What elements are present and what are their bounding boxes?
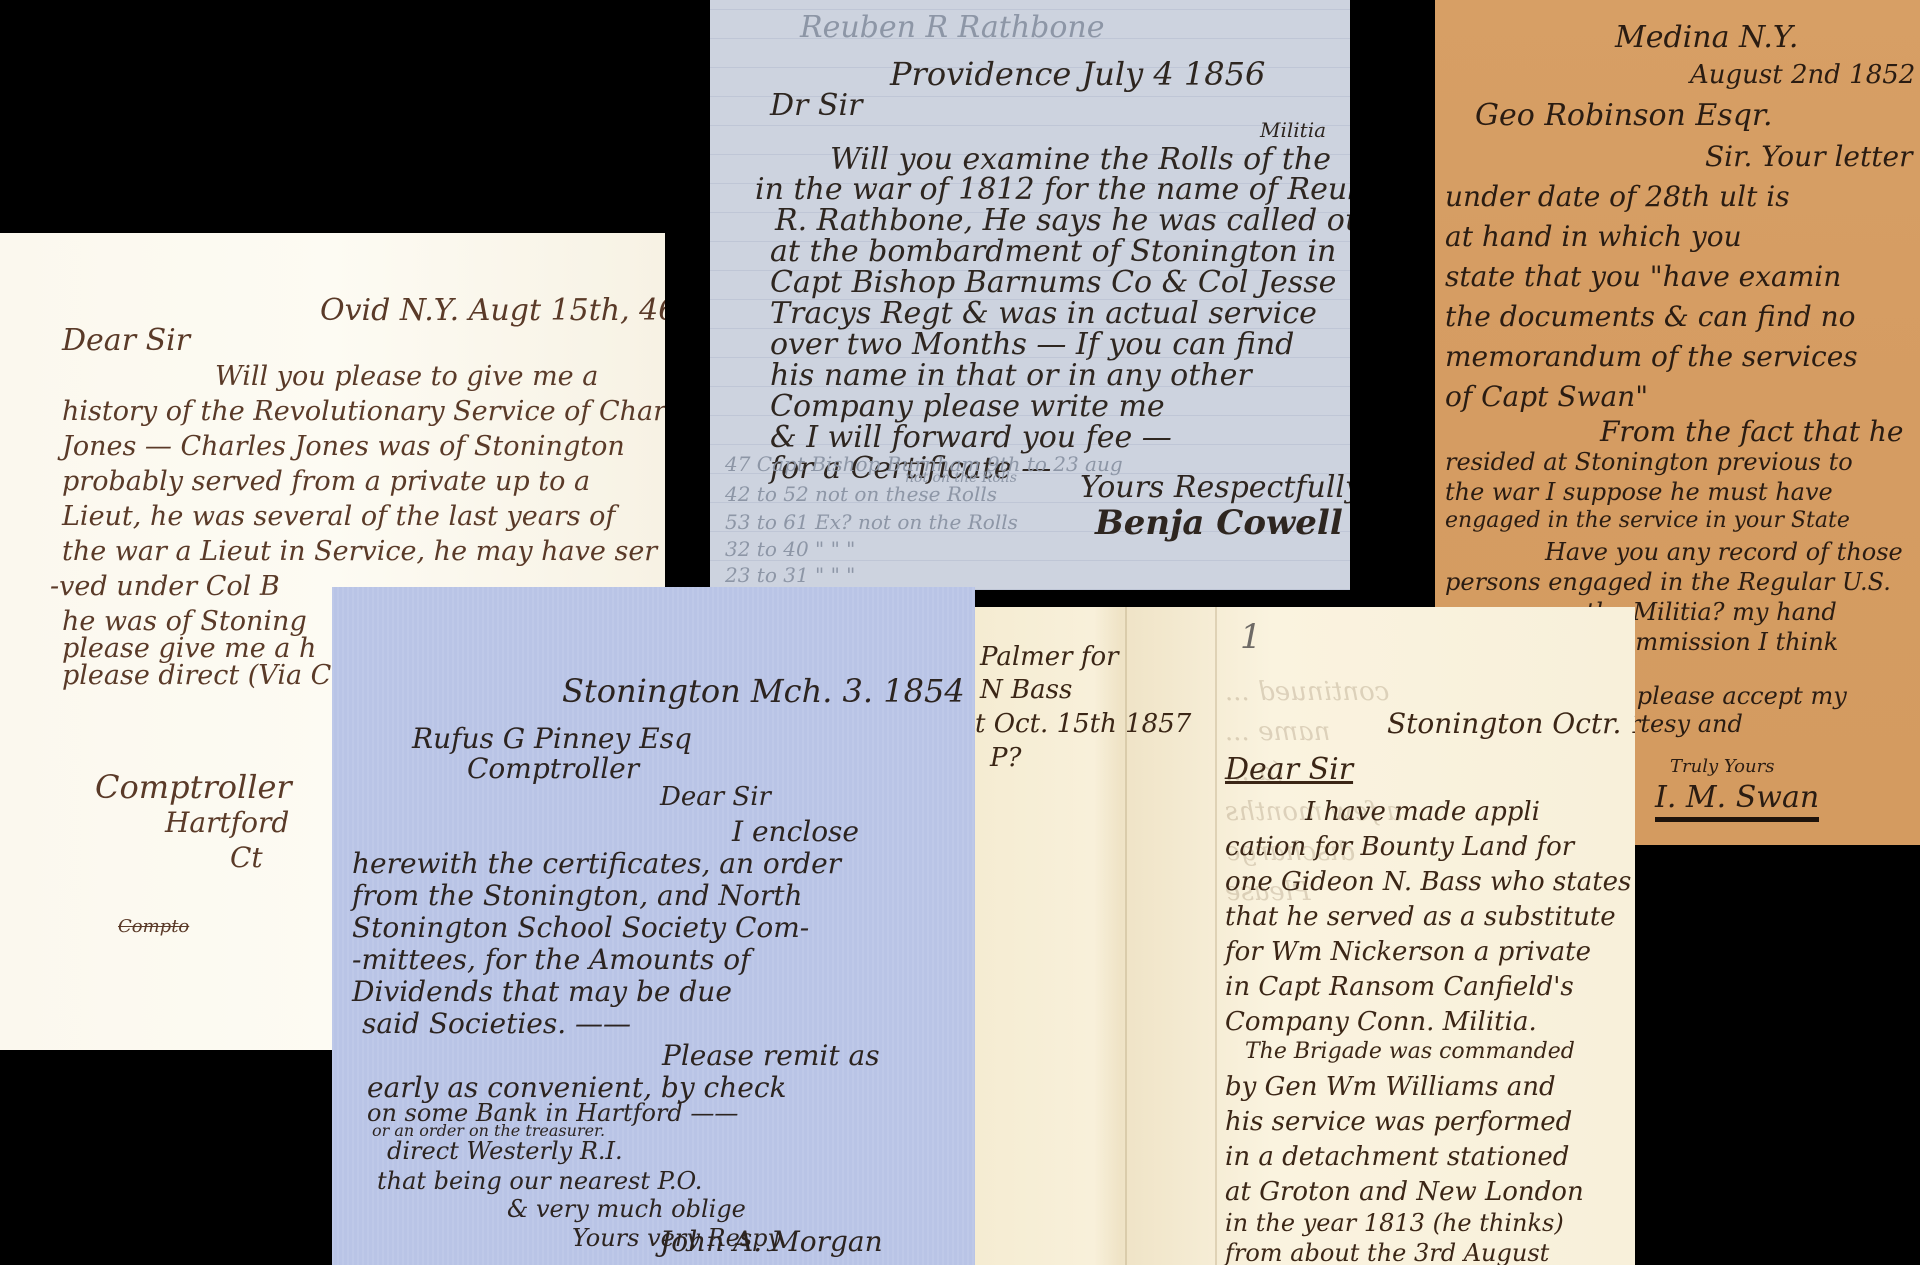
fold-line	[1215, 607, 1217, 1265]
body-line: herewith the certificates, an order	[352, 847, 841, 880]
place-date: Stonington Mch. 3. 1854	[562, 672, 965, 710]
salutation: Dr Sir	[770, 88, 862, 123]
left-fragment-line: t Oct. 15th 1857	[975, 709, 1191, 739]
salutation: Sir. Your letter	[1705, 140, 1912, 173]
left-fragment-line: P?	[990, 743, 1021, 773]
page-number: 1	[1240, 617, 1262, 657]
body-line: Will you please to give me a	[215, 361, 598, 392]
margin-note: Militia	[1260, 118, 1326, 142]
left-fragment-line: N Bass	[980, 675, 1072, 705]
address-line: Ct	[230, 841, 263, 874]
salutation: Dear Sir	[62, 323, 190, 358]
body-line: in a detachment stationed	[1225, 1142, 1569, 1172]
addressee: Geo Robinson Esqr.	[1475, 98, 1772, 133]
body-line: under date of 28th ult is	[1445, 180, 1790, 213]
place-date: Ovid N.Y. Augt 15th, 46	[320, 293, 665, 328]
address-line: Comptroller	[95, 768, 292, 806]
addressee: Rufus G Pinney Esq	[412, 722, 692, 755]
addressee: Comptroller	[467, 752, 639, 785]
body-line: one Gideon N. Bass who states	[1225, 867, 1631, 897]
bleed-through-text: continued ...	[1225, 677, 1389, 707]
body-line: -mittees, for the Amounts of	[352, 943, 750, 976]
address-line: Hartford	[165, 806, 289, 839]
body-line: Jones — Charles Jones was of Stonington	[62, 431, 625, 462]
place-date: Stonington Octr. 12/57	[1387, 707, 1635, 740]
pencil-note: 53 to 61 Ex? not on the Rolls	[725, 510, 1018, 534]
letter-stonington-1854: Stonington Mch. 3. 1854 Rufus G Pinney E…	[332, 587, 975, 1265]
place: Medina N.Y.	[1615, 20, 1798, 55]
bleed-through-text: name ...	[1225, 717, 1330, 747]
body-line: of Capt Swan"	[1445, 380, 1648, 413]
left-fragment-line: Palmer for	[980, 642, 1119, 672]
pencil-note: 42 to 52 not on these Rolls	[725, 482, 997, 506]
body-line: that being our nearest P.O.	[377, 1167, 702, 1195]
body-line: persons engaged in the Regular U.S.	[1445, 568, 1891, 596]
body-line: the documents & can find no	[1445, 300, 1855, 333]
pencil-note: 32 to 40 " " "	[725, 537, 855, 561]
body-line: Company please write me	[770, 389, 1165, 424]
body-line: at hand in which you	[1445, 220, 1742, 253]
body-line: I have made appli	[1305, 797, 1540, 827]
letter-providence-1856: Reuben R Rathbone Providence July 4 1856…	[710, 0, 1350, 590]
body-line: in Capt Ransom Canfield's	[1225, 972, 1574, 1002]
body-line: Company Conn. Militia.	[1225, 1007, 1537, 1037]
salutation: Dear Sir	[1225, 752, 1353, 787]
pencil-header: Reuben R Rathbone	[800, 10, 1104, 45]
body-line: history of the Revolutionary Service of …	[62, 396, 665, 427]
body-line: over two Months — If you can find	[770, 327, 1294, 362]
signature: Benja Cowell	[1095, 503, 1343, 543]
body-line: said Societies. ——	[362, 1007, 631, 1040]
body-line: I enclose	[732, 815, 859, 848]
place-date: Providence July 4 1856	[890, 55, 1265, 93]
body-line: please direct (Via C	[62, 660, 331, 691]
body-line: the war a Lieut in Service, he may have …	[62, 536, 657, 567]
body-line: probably served from a private up to a	[62, 466, 590, 497]
body-line: The Brigade was commanded	[1245, 1039, 1575, 1064]
body-line: Please remit as	[662, 1039, 880, 1072]
body-line: by Gen Wm Williams and	[1225, 1072, 1556, 1102]
body-line: Capt Bishop Barnums Co & Col Jesse	[770, 265, 1336, 300]
body-line: state that you "have examin	[1445, 260, 1841, 293]
body-line: Dividends that may be due	[352, 975, 732, 1008]
letter-stonington-1857: continued ... name ... (a ... a few mont…	[975, 607, 1635, 1265]
body-line: engaged in the service in your State	[1445, 508, 1850, 533]
body-line: that he served as a substitute	[1225, 902, 1616, 932]
body-line: for Wm Nickerson a private	[1225, 937, 1591, 967]
body-line: the war I suppose he must have	[1445, 478, 1833, 506]
body-line: Stonington School Society Com-	[352, 911, 809, 944]
struck-note: Compto	[118, 916, 189, 937]
signature: I. M. Swan	[1655, 780, 1819, 822]
body-line: Have you any record of those	[1545, 538, 1903, 566]
body-line: his service was performed	[1225, 1107, 1572, 1137]
body-line: in the war of 1812 for the name of Reube…	[755, 172, 1350, 207]
body-line: from about the 3rd August	[1225, 1239, 1549, 1265]
body-line: cation for Bounty Land for	[1225, 832, 1574, 862]
body-line: memorandum of the services	[1445, 340, 1858, 373]
body-line: his name in that or in any other	[770, 358, 1252, 393]
body-line: direct Westerly R.I.	[387, 1137, 623, 1165]
body-line: at Groton and New London	[1225, 1177, 1584, 1207]
body-line: resided at Stonington previous to	[1445, 448, 1853, 476]
body-line: from the Stonington, and North	[352, 879, 803, 912]
body-line: From the fact that he	[1600, 415, 1904, 448]
salutation: Dear Sir	[660, 782, 771, 812]
body-line: at the bombardment of Stonington in	[770, 234, 1336, 269]
pencil-note: 23 to 31 " " "	[725, 563, 855, 587]
signature: John A. Morgan	[660, 1225, 883, 1258]
body-line: -ved under Col B	[50, 571, 280, 602]
body-line: & I will forward you fee —	[770, 420, 1172, 455]
fold-line	[1125, 607, 1127, 1265]
date: August 2nd 1852	[1690, 60, 1915, 90]
closing: Truly Yours	[1670, 756, 1774, 777]
body-line: & very much oblige	[507, 1195, 746, 1223]
body-line: Lieut, he was several of the last years …	[62, 501, 615, 532]
body-line: R. Rathbone, He says he was called out	[775, 203, 1350, 238]
body-line: in the year 1813 (he thinks)	[1225, 1209, 1564, 1237]
body-line: Tracys Regt & was in actual service	[770, 296, 1317, 331]
